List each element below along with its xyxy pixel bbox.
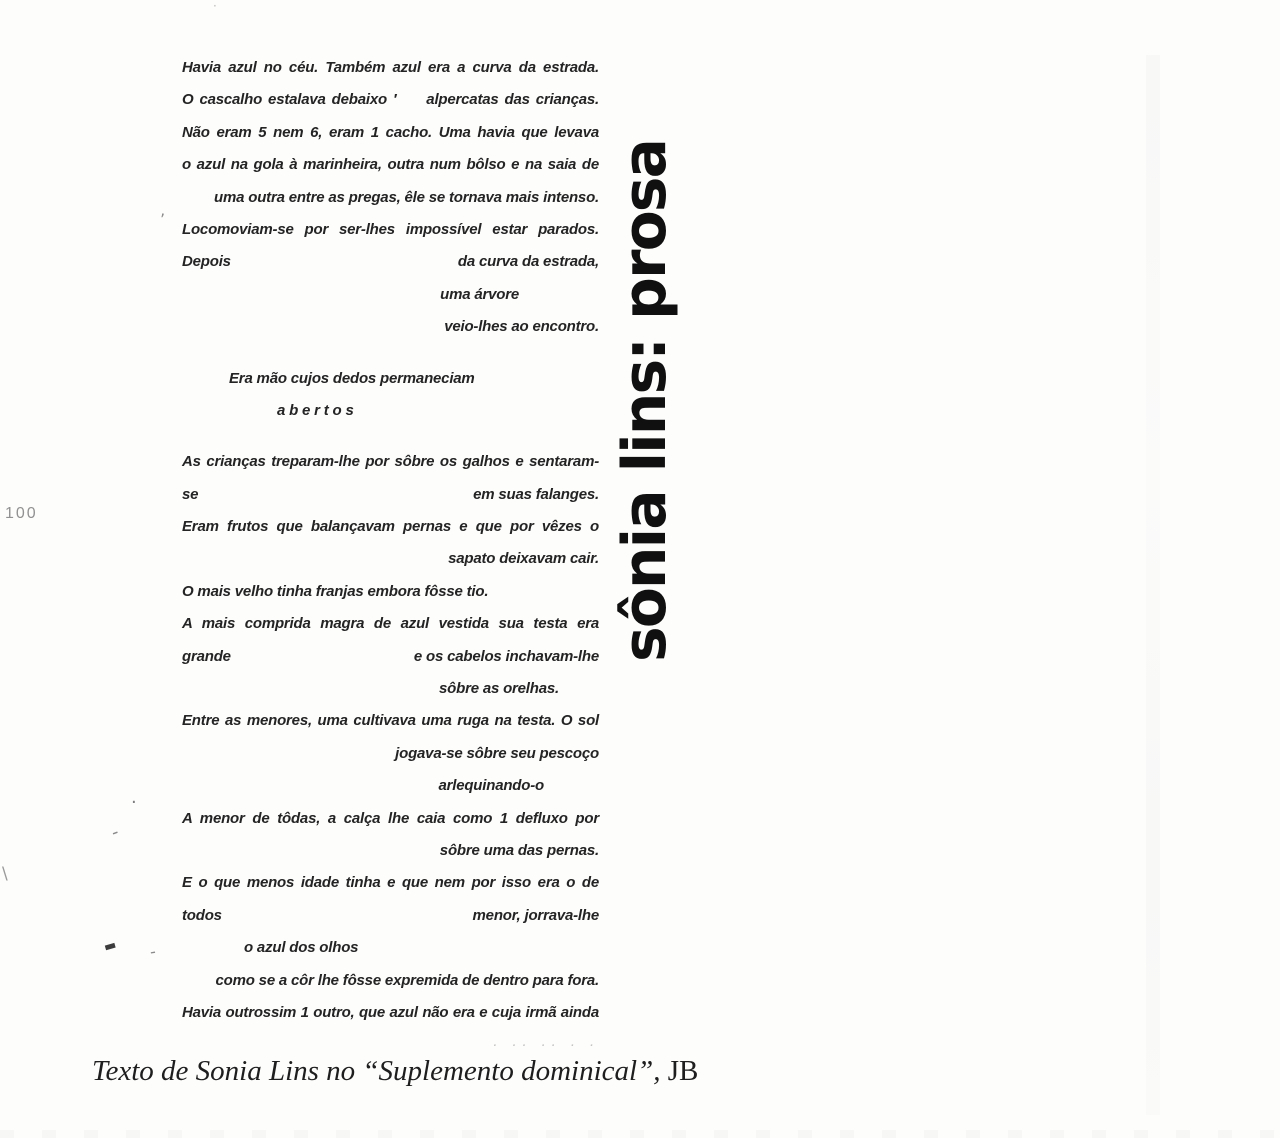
poem-line: uma árvore: [182, 279, 599, 311]
scan-artifact-mark: ·: [213, 0, 217, 12]
poem-text-block: Havia azul no céu. Também azul era a cur…: [182, 52, 599, 1062]
vertical-title: sônia lins: prosa: [610, 140, 680, 662]
poem-line: As crianças treparam-lhe por sôbre os ga…: [182, 446, 599, 478]
poem-line: menor, jorrava-lhe: [182, 900, 599, 932]
page-number: 100: [5, 505, 38, 523]
scan-artifact-mark: ·: [131, 794, 137, 812]
poem-line: O cascalho estalava debaixo ′ alpercatas…: [182, 84, 599, 116]
poem-line: Havia outrossim 1 outro, que azul não er…: [182, 997, 599, 1029]
poem-line: Era mão cujos dedos permaneciam: [182, 363, 599, 395]
poem-line: Não eram 5 nem 6, eram 1 cacho. Uma havi…: [182, 117, 599, 149]
poem-line: sôbre uma das pernas.: [182, 835, 599, 867]
poem-line: O mais velho tinha franjas embora fôsse …: [182, 576, 599, 608]
poem-line: Havia azul no céu. Também azul era a cur…: [182, 52, 599, 84]
poem-line: sôbre as orelhas.: [182, 673, 599, 705]
scan-artifact-mark: -: [149, 944, 157, 961]
caption: Texto de Sonia Lins no “Suplemento domin…: [92, 1055, 698, 1088]
poem-line: A menor de tôdas, a calça lhe caia como …: [182, 803, 599, 835]
scan-artifact-mark: \: [2, 866, 8, 883]
poem-line: jogava-se sôbre seu pescoço: [182, 738, 599, 770]
poem-line: a b e r t o s: [182, 395, 599, 427]
scan-streak: [1146, 55, 1160, 1115]
poem-line: Eram frutos que balançavam pernas e que …: [182, 511, 599, 543]
poem-line: Entre as menores, uma cultivava uma ruga…: [182, 705, 599, 737]
poem-line: o azul na gola à marinheira, outra num b…: [182, 149, 599, 181]
poem-line: em suas falanges.: [182, 479, 599, 511]
poem-line: como se a côr lhe fôsse expremida de den…: [182, 965, 599, 997]
scan-artifact-mark: -: [109, 823, 121, 842]
poem-line: veio-lhes ao encontro.: [182, 311, 599, 343]
scan-artifact-mark: ▬: [102, 939, 117, 955]
poem-line: o azul dos olhos: [182, 932, 599, 964]
scanned-book-page: 100 Havia azul no céu. Também azul era a…: [0, 0, 1280, 1138]
poem-line: Locomoviam-se por ser-lhes impossível es…: [182, 214, 599, 246]
poem-line: E o que menos idade tinha e que nem por …: [182, 867, 599, 899]
caption-italic-text: Texto de Sonia Lins no “Suplemento domin…: [92, 1055, 660, 1087]
poem-line: e os cabelos inchavam-lhe: [182, 641, 599, 673]
scan-artifact-mark: ’: [160, 212, 165, 228]
caption-suffix: JB: [660, 1055, 698, 1087]
poem-line: da curva da estrada,: [182, 246, 599, 278]
poem-line: uma outra entre as pregas, êle se tornav…: [182, 182, 599, 214]
poem-line: A mais comprida magra de azul vestida su…: [182, 608, 599, 640]
scan-noise-bottom: [0, 1130, 1280, 1138]
poem-line: arlequinando-o: [182, 770, 599, 802]
poem-line: sapato deixavam cair.: [182, 543, 599, 575]
